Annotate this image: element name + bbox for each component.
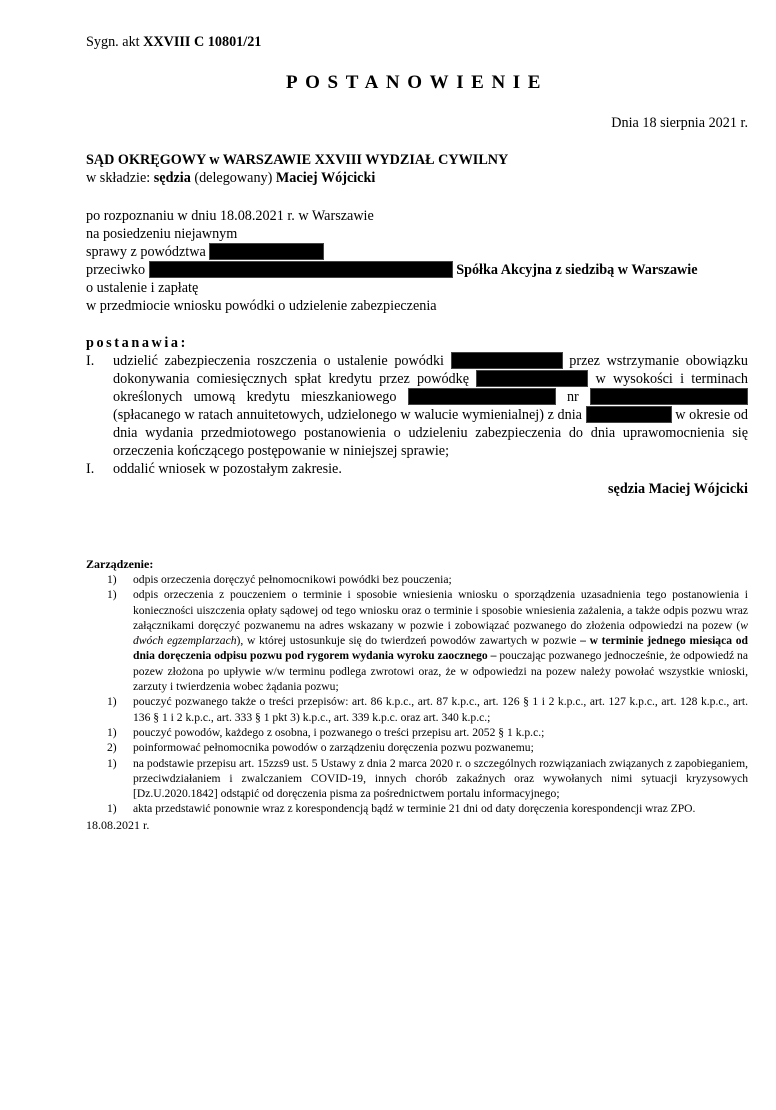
order-date: 18.08.2021 r. (86, 817, 748, 833)
redaction-box (451, 352, 563, 369)
case-intro: po rozpoznaniu w dniu 18.08.2021 r. w Wa… (86, 207, 698, 315)
decision-section: postanawia: I. udzielić zabezpieczenia r… (86, 334, 748, 498)
decision-item: I. oddalić wniosek w pozostałym zakresie… (86, 460, 748, 478)
order-item: 2)poinformować pełnomocnika powodów o za… (86, 740, 748, 755)
redaction-box (586, 406, 672, 423)
intro-line: sprawy z powództwa (86, 243, 698, 261)
redaction-box (408, 388, 556, 405)
order-item: 1)pouczyć pozwanego także o treści przep… (86, 694, 748, 725)
case-signature: Sygn. akt XXVIII C 10801/21 (86, 34, 261, 51)
document-title: POSTANOWIENIE (86, 72, 748, 94)
order-item: 1)akta przedstawić ponownie wraz z kores… (86, 801, 748, 816)
redaction-box (209, 243, 324, 260)
intro-line: na posiedzeniu niejawnym (86, 225, 698, 243)
decision-item: I. udzielić zabezpieczenia roszczenia o … (86, 352, 748, 460)
intro-line: w przedmiocie wniosku powódki o udzielen… (86, 297, 698, 315)
court-name: SĄD OKRĘGOWY w WARSZAWIE XXVIII WYDZIAŁ … (86, 151, 508, 169)
order-item: 1)odpis orzeczenia doręczyć pełnomocniko… (86, 572, 748, 587)
redaction-box (149, 261, 453, 278)
intro-line: przeciwko Spółka Akcyjna z siedzibą w Wa… (86, 261, 698, 279)
order-item: 1)odpis orzeczenia z pouczeniem o termin… (86, 587, 748, 694)
judge-signature: sędzia Maciej Wójcicki (86, 480, 748, 498)
document-date: Dnia 18 sierpnia 2021 r. (611, 115, 748, 132)
redaction-box (476, 370, 588, 387)
case-number: XXVIII C 10801/21 (143, 34, 261, 50)
orders-section: Zarządzenie: 1)odpis orzeczenia doręczyć… (86, 557, 748, 833)
intro-line: o ustalenie i zapłatę (86, 279, 698, 297)
order-item: 1)pouczyć powodów, każdego z osobna, i p… (86, 725, 748, 740)
orders-heading: Zarządzenie: (86, 557, 748, 572)
decision-heading: postanawia: (86, 334, 748, 352)
redaction-box (590, 388, 748, 405)
court-block: SĄD OKRĘGOWY w WARSZAWIE XXVIII WYDZIAŁ … (86, 151, 508, 187)
intro-line: po rozpoznaniu w dniu 18.08.2021 r. w Wa… (86, 207, 698, 225)
court-composition: w składzie: sędzia (delegowany) Maciej W… (86, 169, 508, 187)
order-item: 1)na podstawie przepisu art. 15zzs9 ust.… (86, 756, 748, 802)
